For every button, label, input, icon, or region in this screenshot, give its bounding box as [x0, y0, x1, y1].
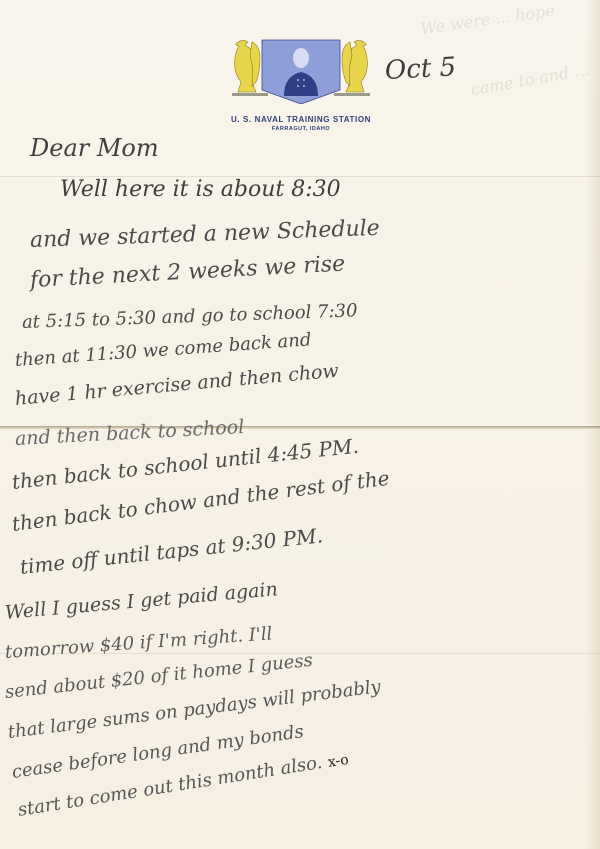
letter-date: Oct 5: [384, 52, 457, 86]
letterhead-title: U. S. NAVAL TRAINING STATION: [226, 115, 376, 124]
letter-salutation: Dear Mom: [30, 134, 159, 162]
letter-line: time off until taps at 9:30 PM.: [19, 523, 324, 579]
letter-page: We were ... hope came to and ... U. S.: [0, 0, 600, 849]
letter-line: Well here it is about 8:30: [60, 177, 341, 202]
letterhead-location: FARRAGUT, IDAHO: [226, 126, 376, 132]
letter-line: Well I guess I get paid again: [4, 578, 279, 624]
letter-line: for the next 2 weeks we rise: [29, 252, 345, 293]
bleed-through-text: came to and ...: [469, 60, 590, 100]
letterhead: U. S. NAVAL TRAINING STATION FARRAGUT, I…: [226, 36, 376, 131]
closing-mark: x-o: [327, 752, 350, 771]
letter-line: then at 11:30 we come back and: [14, 329, 312, 371]
letter-line-struck: and then back to school: [14, 416, 244, 450]
letter-line: at 5:15 to 5:30 and go to school 7:30: [22, 300, 358, 333]
eagle-portrait-crest-icon: [226, 36, 376, 104]
bleed-through-text: We were ... hope: [419, 1, 555, 39]
letter-line: and we started a new Schedule: [30, 216, 381, 253]
paper-edge-shadow: [586, 0, 600, 849]
